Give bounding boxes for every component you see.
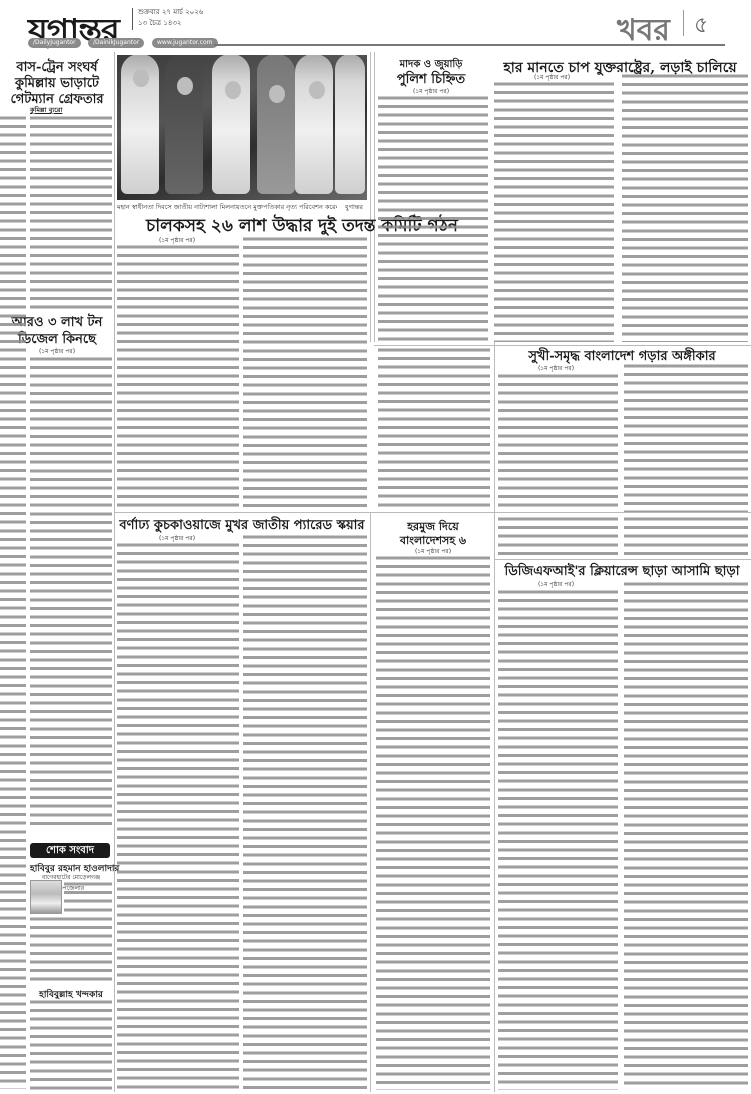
section-rule xyxy=(114,512,751,513)
article-body xyxy=(376,554,490,1090)
obituary-banner: শোক সংবাদ xyxy=(30,843,110,858)
dateline: শুক্রবার ২৭ মার্চ ২০২৬ ১৩ চৈত্র ১৪৩২ xyxy=(138,7,203,29)
photo-credit: যুগান্তর xyxy=(345,202,363,213)
article-body xyxy=(494,80,614,342)
date-gregorian: শুক্রবার ২৭ মার্চ ২০২৬ xyxy=(138,7,203,18)
dance-photo[interactable] xyxy=(117,55,367,200)
column-divider xyxy=(370,52,371,342)
article-body xyxy=(243,533,367,1090)
column-divider xyxy=(370,512,371,1092)
section-rule xyxy=(494,559,751,560)
logo-divider xyxy=(132,8,133,30)
column-divider xyxy=(374,52,375,342)
obituary-body xyxy=(30,915,112,985)
article-body xyxy=(378,94,488,342)
obituary-body xyxy=(30,998,112,1090)
article-body xyxy=(117,243,239,511)
article-body xyxy=(243,235,367,511)
article-body xyxy=(30,114,112,314)
article-body xyxy=(498,372,618,512)
article-body xyxy=(624,515,748,557)
section-title: খবর xyxy=(617,6,670,57)
facebook-handle-link[interactable]: /DainikJugantor xyxy=(88,38,144,48)
article-body xyxy=(30,355,112,830)
article-body xyxy=(117,541,239,1090)
twitter-handle-link[interactable]: /DailyJugantor xyxy=(28,38,81,48)
article-body xyxy=(498,588,618,1090)
photo-caption: মহান স্বাধীনতা দিবসে জাতীয় নাট্যশালা মি… xyxy=(117,202,337,213)
article-body xyxy=(498,515,618,557)
page-number: ৫ xyxy=(694,8,708,45)
column-divider xyxy=(494,342,495,512)
newspaper-logo[interactable]: যুগান্তর xyxy=(28,6,119,57)
article-body xyxy=(0,114,26,1089)
section-divider xyxy=(683,10,684,36)
column-divider xyxy=(114,52,115,1092)
date-bangla: ১৩ চৈত্র ১৪৩২ xyxy=(138,18,203,29)
article-body xyxy=(378,346,490,512)
article-body xyxy=(624,580,748,1090)
column-divider xyxy=(494,512,495,1092)
obituary-body xyxy=(64,880,112,914)
masthead: যুগান্তর শুক্রবার ২৭ মার্চ ২০২৬ ১৩ চৈত্র… xyxy=(0,0,751,52)
website-link[interactable]: www.jugantor.com xyxy=(152,38,218,48)
article-body xyxy=(622,72,748,342)
article-body xyxy=(624,362,748,512)
obituary-photo xyxy=(30,880,62,914)
